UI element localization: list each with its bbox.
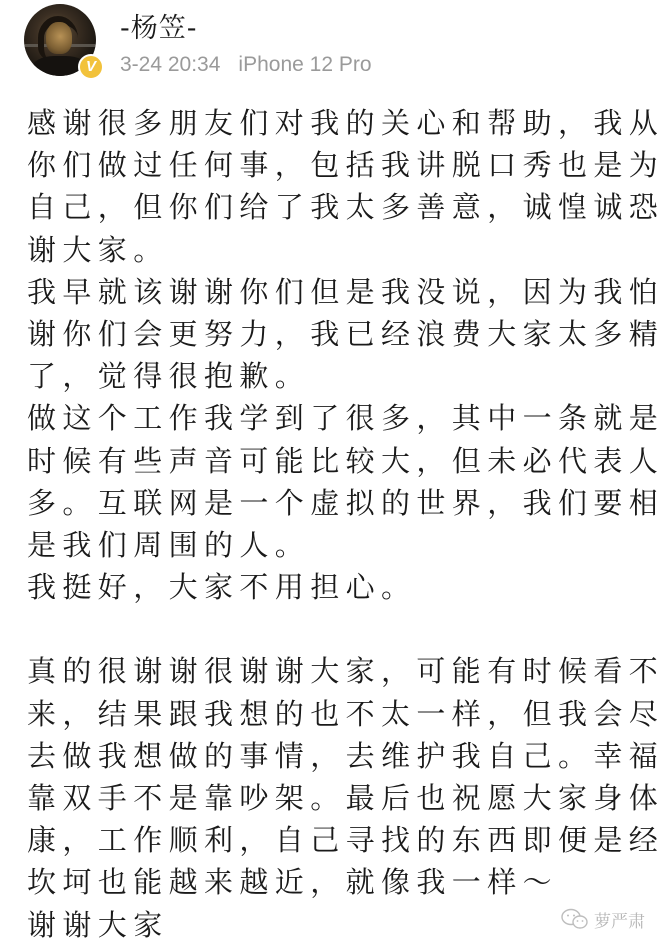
post-meta: 3-24 20:34iPhone 12 Pro — [120, 52, 372, 78]
post-line: 感谢很多朋友们对我的关心和帮助，我从未为 — [27, 102, 647, 144]
post-device: iPhone 12 Pro — [238, 53, 371, 76]
verified-badge-icon: V — [78, 54, 104, 80]
post-line: 自己，但你们给了我太多善意，诚惶诚恐，谢 — [27, 186, 647, 228]
post-line: 你们做过任何事，包括我讲脱口秀也是为了我 — [27, 144, 647, 186]
post-body: 感谢很多朋友们对我的关心和帮助，我从未为 你们做过任何事，包括我讲脱口秀也是为了… — [27, 102, 647, 946]
post-line: 时候有些声音可能比较大，但未必代表人很 — [27, 440, 647, 482]
watermark-text: 萝严肃 — [594, 907, 645, 932]
post-line: 谢谢大家 — [27, 904, 647, 946]
watermark: 萝严肃 — [560, 904, 645, 934]
post-line: 做这个工作我学到了很多，其中一条就是，有 — [27, 397, 647, 439]
author-name[interactable]: -杨笠- — [120, 12, 198, 46]
wechat-icon — [560, 907, 590, 931]
post-line: 真的很谢谢很谢谢大家，可能有时候看不太出 — [27, 650, 647, 692]
post-line: 坎坷也能越来越近，就像我一样～ — [27, 861, 647, 903]
post-line: 是我们周围的人。 — [27, 524, 647, 566]
post-line: 来，结果跟我想的也不太一样，但我会尽全力 — [27, 693, 647, 735]
post-line: 去做我想做的事情，去维护我自己。幸福生活 — [27, 735, 647, 777]
post-header: V -杨笠- 3-24 20:34iPhone 12 Pro — [0, 0, 660, 90]
post-line: 谢你们会更努力，我已经浪费大家太多精力 — [27, 313, 647, 355]
avatar-face — [46, 22, 72, 54]
post-line-blank — [27, 608, 647, 650]
post-line: 多。互联网是一个虚拟的世界，我们要相信的 — [27, 482, 647, 524]
post-line: 康，工作顺利，自己寻找的东西即便是经历些 — [27, 819, 647, 861]
post-line: 我挺好，大家不用担心。 — [27, 566, 647, 608]
post-line: 我早就该谢谢你们但是我没说，因为我怕我一 — [27, 271, 647, 313]
post-line: 了，觉得很抱歉。 — [27, 355, 647, 397]
post-line: 谢大家。 — [27, 229, 647, 271]
post-timestamp: 3-24 20:34 — [120, 53, 220, 76]
post-line: 靠双手不是靠吵架。最后也祝愿大家身体健 — [27, 777, 647, 819]
